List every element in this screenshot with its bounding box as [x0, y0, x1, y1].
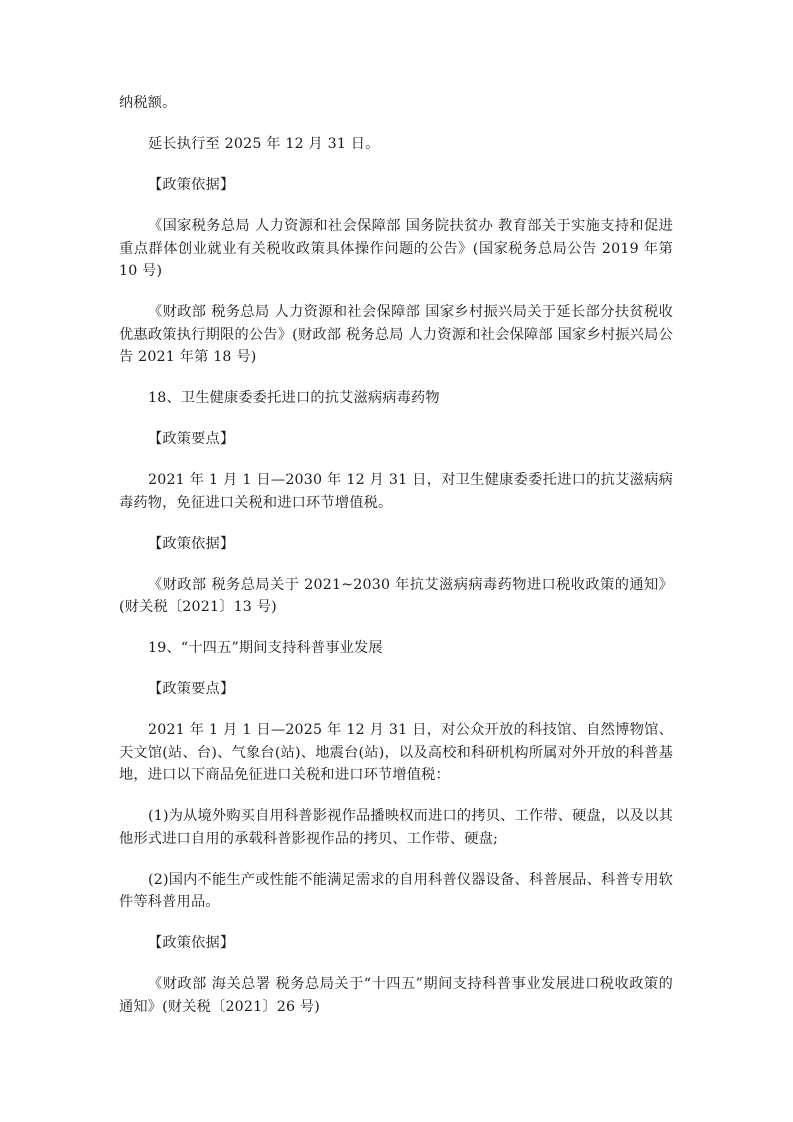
section-label-policy-points: 【政策要点】: [119, 428, 673, 451]
list-item-1: (1)为从境外购买自用科普影视作品播映权而进口的拷贝、工作带、硬盘，以及以其他形…: [119, 805, 673, 850]
body-paragraph: 2021 年 1 月 1 日—2030 年 12 月 31 日，对卫生健康委委托…: [119, 469, 673, 514]
item-heading-19: 19、“十四五”期间支持科普事业发展: [119, 637, 673, 660]
list-item-2: (2)国内不能生产或性能不能满足需求的自用科普仪器设备、科普展品、科普专用软件等…: [119, 869, 673, 914]
body-paragraph: 2021 年 1 月 1 日—2025 年 12 月 31 日，对公众开放的科技…: [119, 719, 673, 787]
citation-paragraph: 《财政部 税务总局 人力资源和社会保障部 国家乡村振兴局关于延长部分扶贫税收优惠…: [119, 301, 673, 369]
section-label-policy-basis: 【政策依据】: [119, 533, 673, 556]
citation-paragraph: 《财政部 税务总局关于 2021~2030 年抗艾滋病病毒药物进口税收政策的通知…: [119, 574, 673, 619]
paragraph-continuation: 纳税额。: [119, 92, 673, 115]
item-heading-18: 18、卫生健康委委托进口的抗艾滋病病毒药物: [119, 387, 673, 410]
paragraph-extension-date: 延长执行至 2025 年 12 月 31 日。: [119, 133, 673, 156]
citation-paragraph: 《国家税务总局 人力资源和社会保障部 国务院扶贫办 教育部关于实施支持和促进重点…: [119, 215, 673, 283]
section-label-policy-basis: 【政策依据】: [119, 932, 673, 955]
section-label-policy-basis: 【政策依据】: [119, 174, 673, 197]
citation-paragraph: 《财政部 海关总署 税务总局关于“十四五”期间支持科普事业发展进口税收政策的通知…: [119, 973, 673, 1018]
document-page: 纳税额。 延长执行至 2025 年 12 月 31 日。 【政策依据】 《国家税…: [119, 92, 673, 1037]
section-label-policy-points: 【政策要点】: [119, 678, 673, 701]
